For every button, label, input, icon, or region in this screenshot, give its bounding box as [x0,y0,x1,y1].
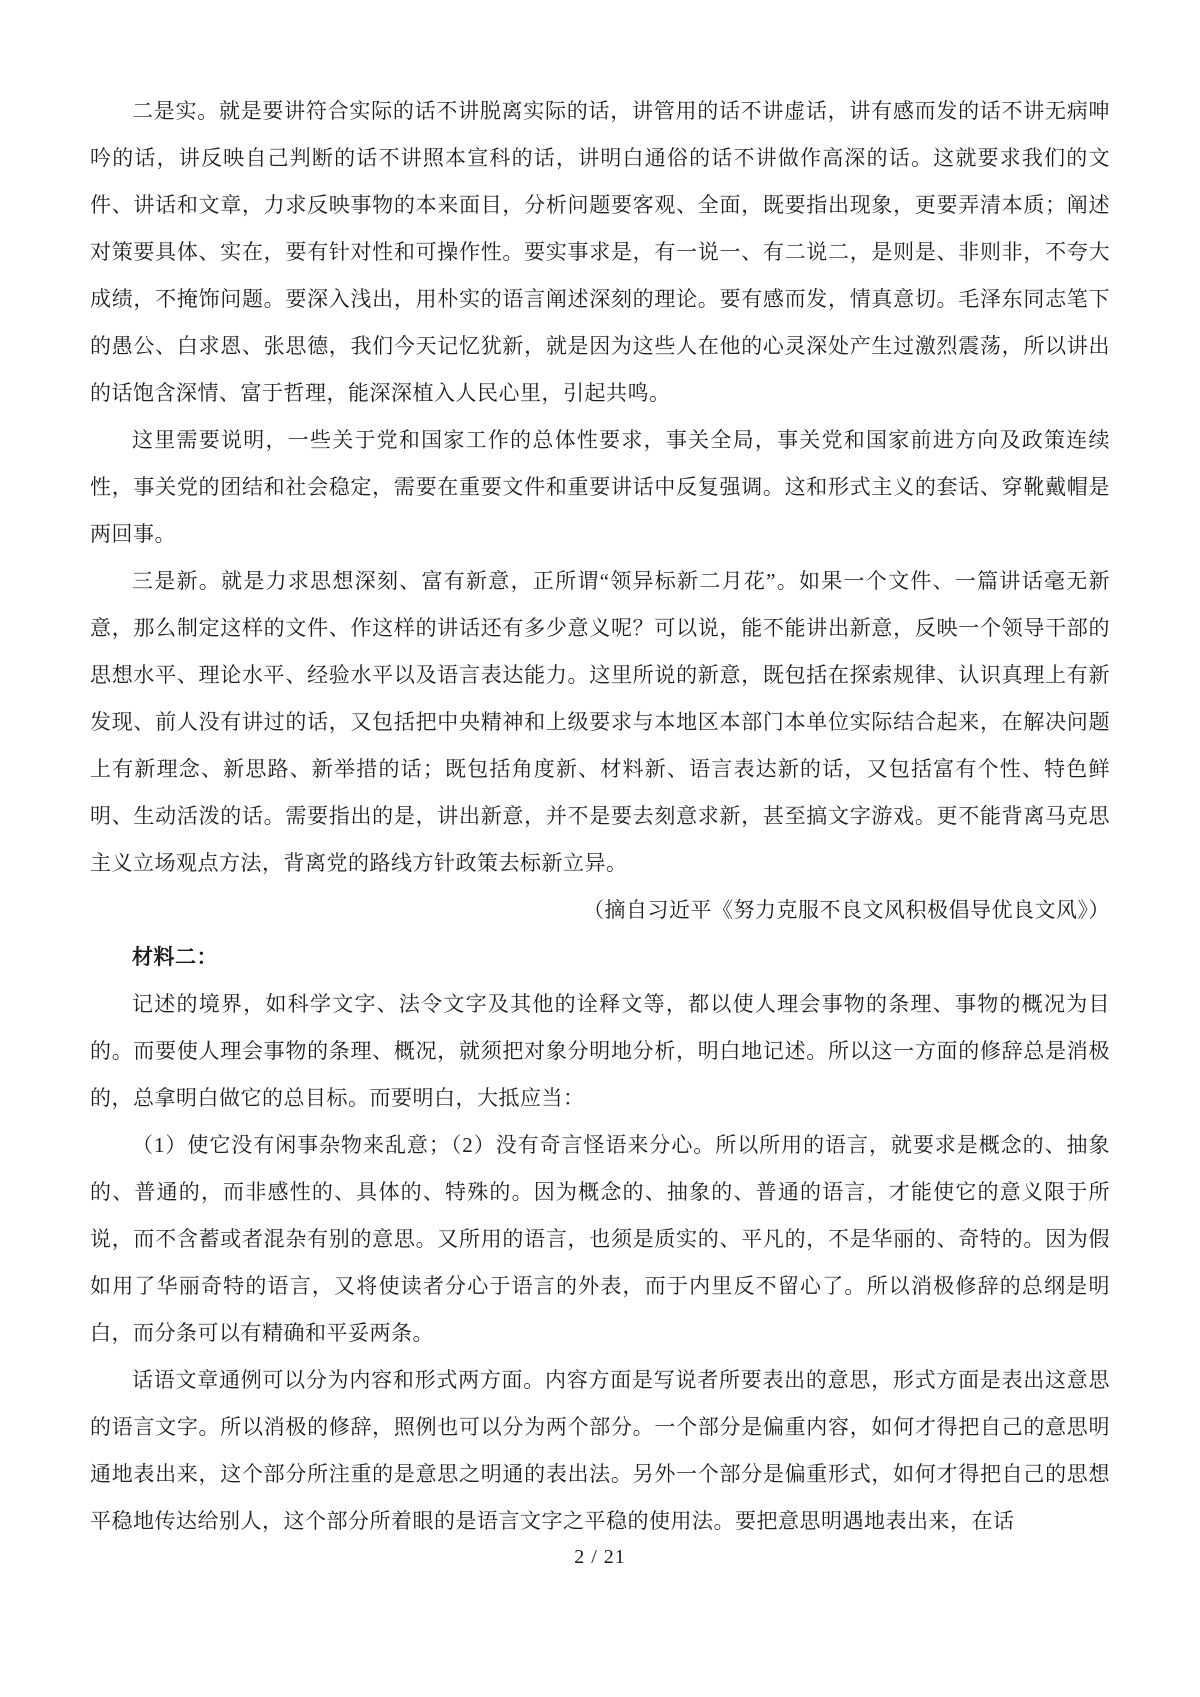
material-two-paragraph-2: （1）使它没有闲事杂物来乱意；（2）没有奇言怪语来分心。所以所用的语言，就要求是… [90,1122,1110,1357]
material-one-paragraph-1: 二是实。就是要讲符合实际的话不讲脱离实际的话，讲管用的话不讲虚话，讲有感而发的话… [90,88,1110,417]
material-two-heading: 材料二： [90,934,1110,981]
attribution-line: （摘自习近平《努力克服不良文风积极倡导优良文风》） [90,887,1110,934]
material-one-paragraph-3: 三是新。就是力求思想深刻、富有新意，正所谓“领异标新二月花”。如果一个文件、一篇… [90,558,1110,887]
material-one-paragraph-2: 这里需要说明，一些关于党和国家工作的总体性要求，事关全局，事关党和国家前进方向及… [90,417,1110,558]
document-body: 二是实。就是要讲符合实际的话不讲脱离实际的话，讲管用的话不讲虚话，讲有感而发的话… [90,88,1110,1545]
page-number: 2 / 21 [0,1543,1200,1571]
document-page: 二是实。就是要讲符合实际的话不讲脱离实际的话，讲管用的话不讲虚话，讲有感而发的话… [0,0,1200,1697]
material-two-paragraph-3: 话语文章通例可以分为内容和形式两方面。内容方面是写说者所要表出的意思，形式方面是… [90,1357,1110,1545]
material-two-paragraph-1: 记述的境界，如科学文字、法令文字及其他的诠释文等，都以使人理会事物的条理、事物的… [90,981,1110,1122]
